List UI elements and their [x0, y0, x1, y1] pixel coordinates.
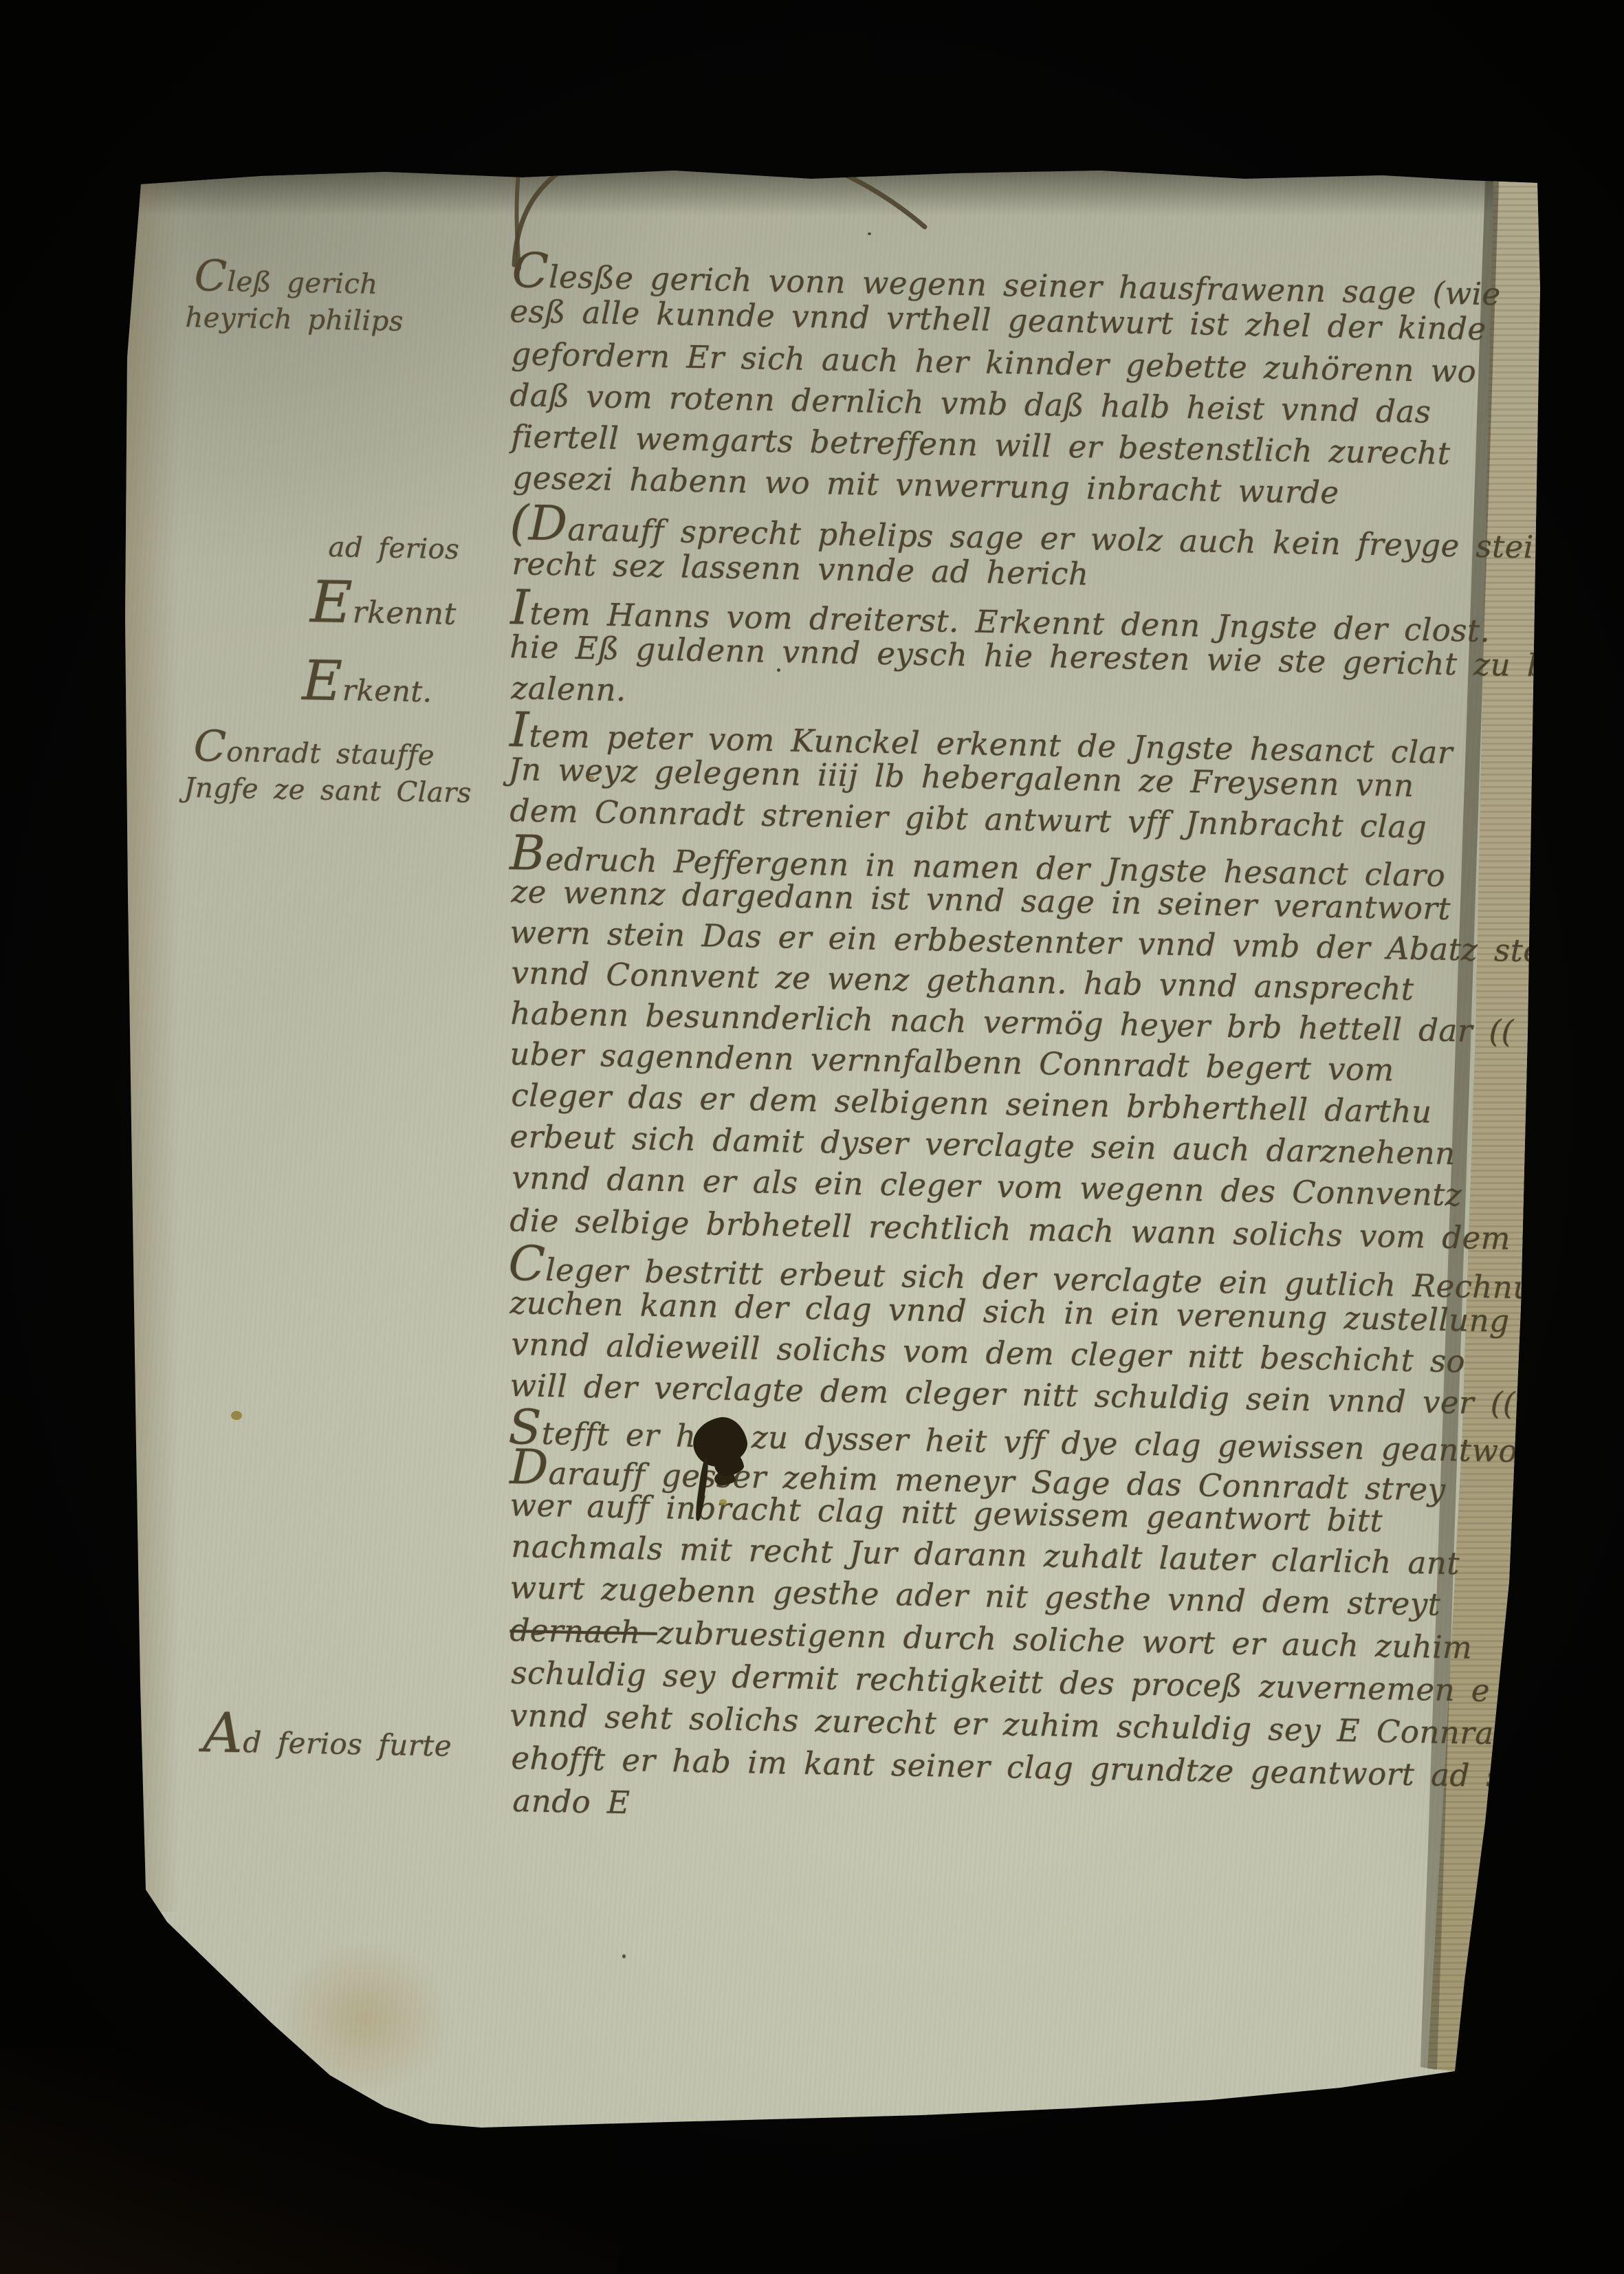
text-line-38: ando E [512, 1785, 630, 1818]
photo-backdrop: Cleß gerich heyrich philips ad ferios Er… [0, 0, 1624, 2274]
margin-note-erkent: Erkent. [302, 662, 433, 706]
yellow-paper-fleck [719, 1499, 727, 1505]
margin-note-case1-line2: heyrich philips [185, 304, 404, 336]
margin-note-ad-ferios-furte: Ad ferios furte [203, 1714, 452, 1761]
paper-speck [868, 232, 871, 235]
paper-fiber [118, 1158, 129, 1168]
margin-note-case2-line2: Jngfe ze sant Clars [184, 774, 472, 807]
margin-note-case2-line1: Conradt stauffe [193, 730, 435, 769]
text-line-11: zalenn. [511, 673, 626, 706]
paper-speck [1112, 1549, 1117, 1552]
paper-speck [777, 668, 780, 672]
margin-note-case1-line1: Cleß gerich [194, 260, 378, 298]
rust-paper-fleck [589, 776, 594, 780]
manuscript-page: Cleß gerich heyrich philips ad ferios Er… [0, 0, 1624, 2274]
yellow-paper-fleck [231, 1411, 242, 1420]
margin-note-erkennt: Erkennt [310, 582, 457, 630]
paper-speck [622, 1954, 626, 1958]
left-deckle-edge [122, 179, 198, 1912]
text-line-08: recht sez lassenn vnnde ad herich [512, 548, 1089, 589]
top-edge-shadow [124, 168, 1540, 216]
margin-note-ad-ferios: ad ferios [328, 534, 459, 563]
struck-through-word: dernach [509, 1612, 657, 1651]
